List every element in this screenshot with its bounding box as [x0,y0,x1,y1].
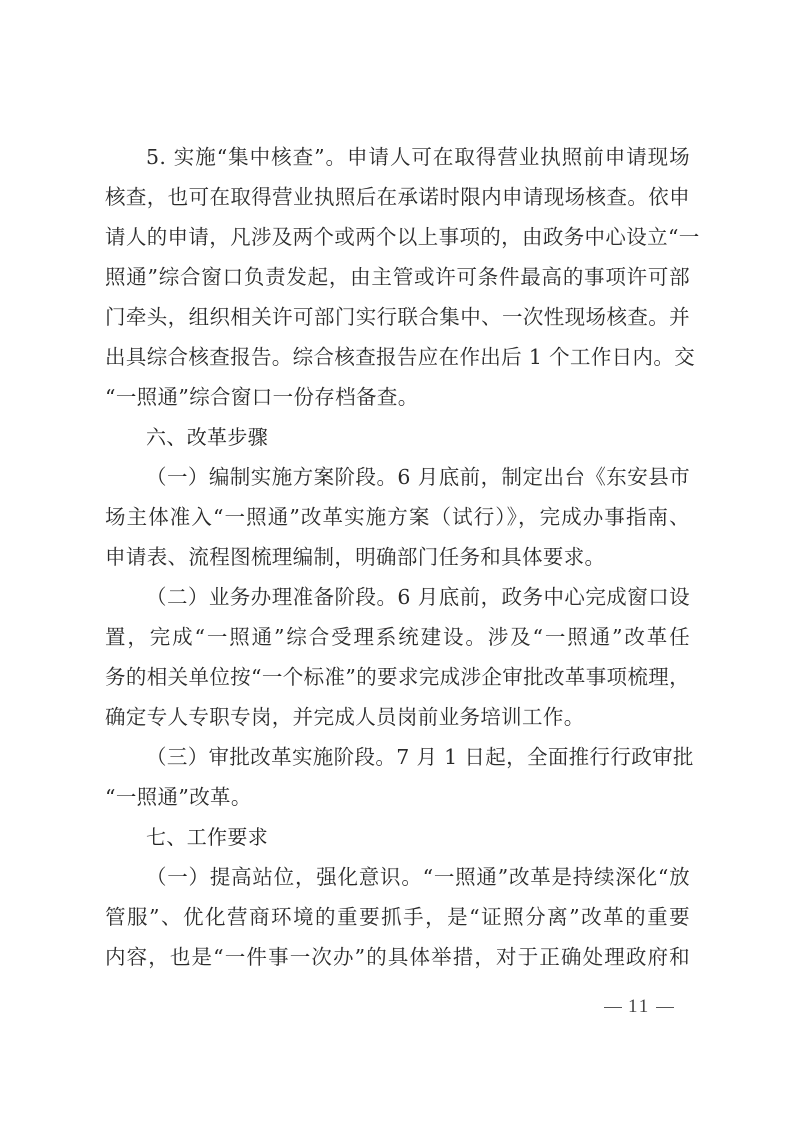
paragraph-step-2: （二）业务办理准备阶段。6 月底前，政务中心完成窗口设 置，完成“一照通”综合受… [105,577,690,737]
text-line: 管服”、优化营商环境的重要抓手，是“证照分离”改革的重要 [105,897,690,937]
text-line: 5. 实施“集中核查”。申请人可在取得营业执照前申请现场 [105,137,690,177]
text-line: 门牵头，组织相关许可部门实行联合集中、一次性现场核查。并 [105,297,690,337]
text-line: “一照通”改革。 [105,777,690,817]
paragraph-step-1: （一）编制实施方案阶段。6 月底前，制定出台《东安县市 场主体准入“一照通”改革… [105,457,690,577]
page-number-value: 11 [628,996,650,1017]
text-line: “一照通”综合窗口一份存档备查。 [105,377,690,417]
text-line: 出具综合核查报告。综合核查报告应在作出后 1 个工作日内。交 [105,337,690,377]
text-line: 务的相关单位按“一个标准”的要求完成涉企审批改革事项梳理， [105,657,690,697]
text-line: 置，完成“一照通”综合受理系统建设。涉及“一照通”改革任 [105,617,690,657]
text-line: 内容，也是“一件事一次办”的具体举措，对于正确处理政府和 [105,937,690,977]
text-line: 请人的申请，凡涉及两个或两个以上事项的，由政务中心设立“一 [105,217,690,257]
paragraph-step-3: （三）审批改革实施阶段。7 月 1 日起，全面推行行政审批 “一照通”改革。 [105,737,690,817]
text-line: （三）审批改革实施阶段。7 月 1 日起，全面推行行政审批 [105,737,690,777]
text-line: 申请表、流程图梳理编制，明确部门任务和具体要求。 [105,537,690,577]
dash-right [656,1007,674,1008]
text-line: （一）提高站位，强化意识。“一照通”改革是持续深化“放 [105,857,690,897]
page-number: 11 [598,996,680,1018]
paragraph-centralized-inspection: 5. 实施“集中核查”。申请人可在取得营业执照前申请现场 核查，也可在取得营业执… [105,137,690,417]
text-line: 确定专人专职专岗，并完成人员岗前业务培训工作。 [105,697,690,737]
section-heading-reform-steps: 六、改革步骤 [105,417,690,457]
text-line: 核查，也可在取得营业执照后在承诺时限内申请现场核查。依申 [105,177,690,217]
text-line: （一）编制实施方案阶段。6 月底前，制定出台《东安县市 [105,457,690,497]
document-body: 5. 实施“集中核查”。申请人可在取得营业执照前申请现场 核查，也可在取得营业执… [105,137,690,977]
dash-left [604,1007,622,1008]
section-heading-work-requirements: 七、工作要求 [105,817,690,857]
text-line: 场主体准入“一照通”改革实施方案（试行）》，完成办事指南、 [105,497,690,537]
paragraph-requirement-1: （一）提高站位，强化意识。“一照通”改革是持续深化“放 管服”、优化营商环境的重… [105,857,690,977]
text-line: （二）业务办理准备阶段。6 月底前，政务中心完成窗口设 [105,577,690,617]
text-line: 照通”综合窗口负责发起，由主管或许可条件最高的事项许可部 [105,257,690,297]
